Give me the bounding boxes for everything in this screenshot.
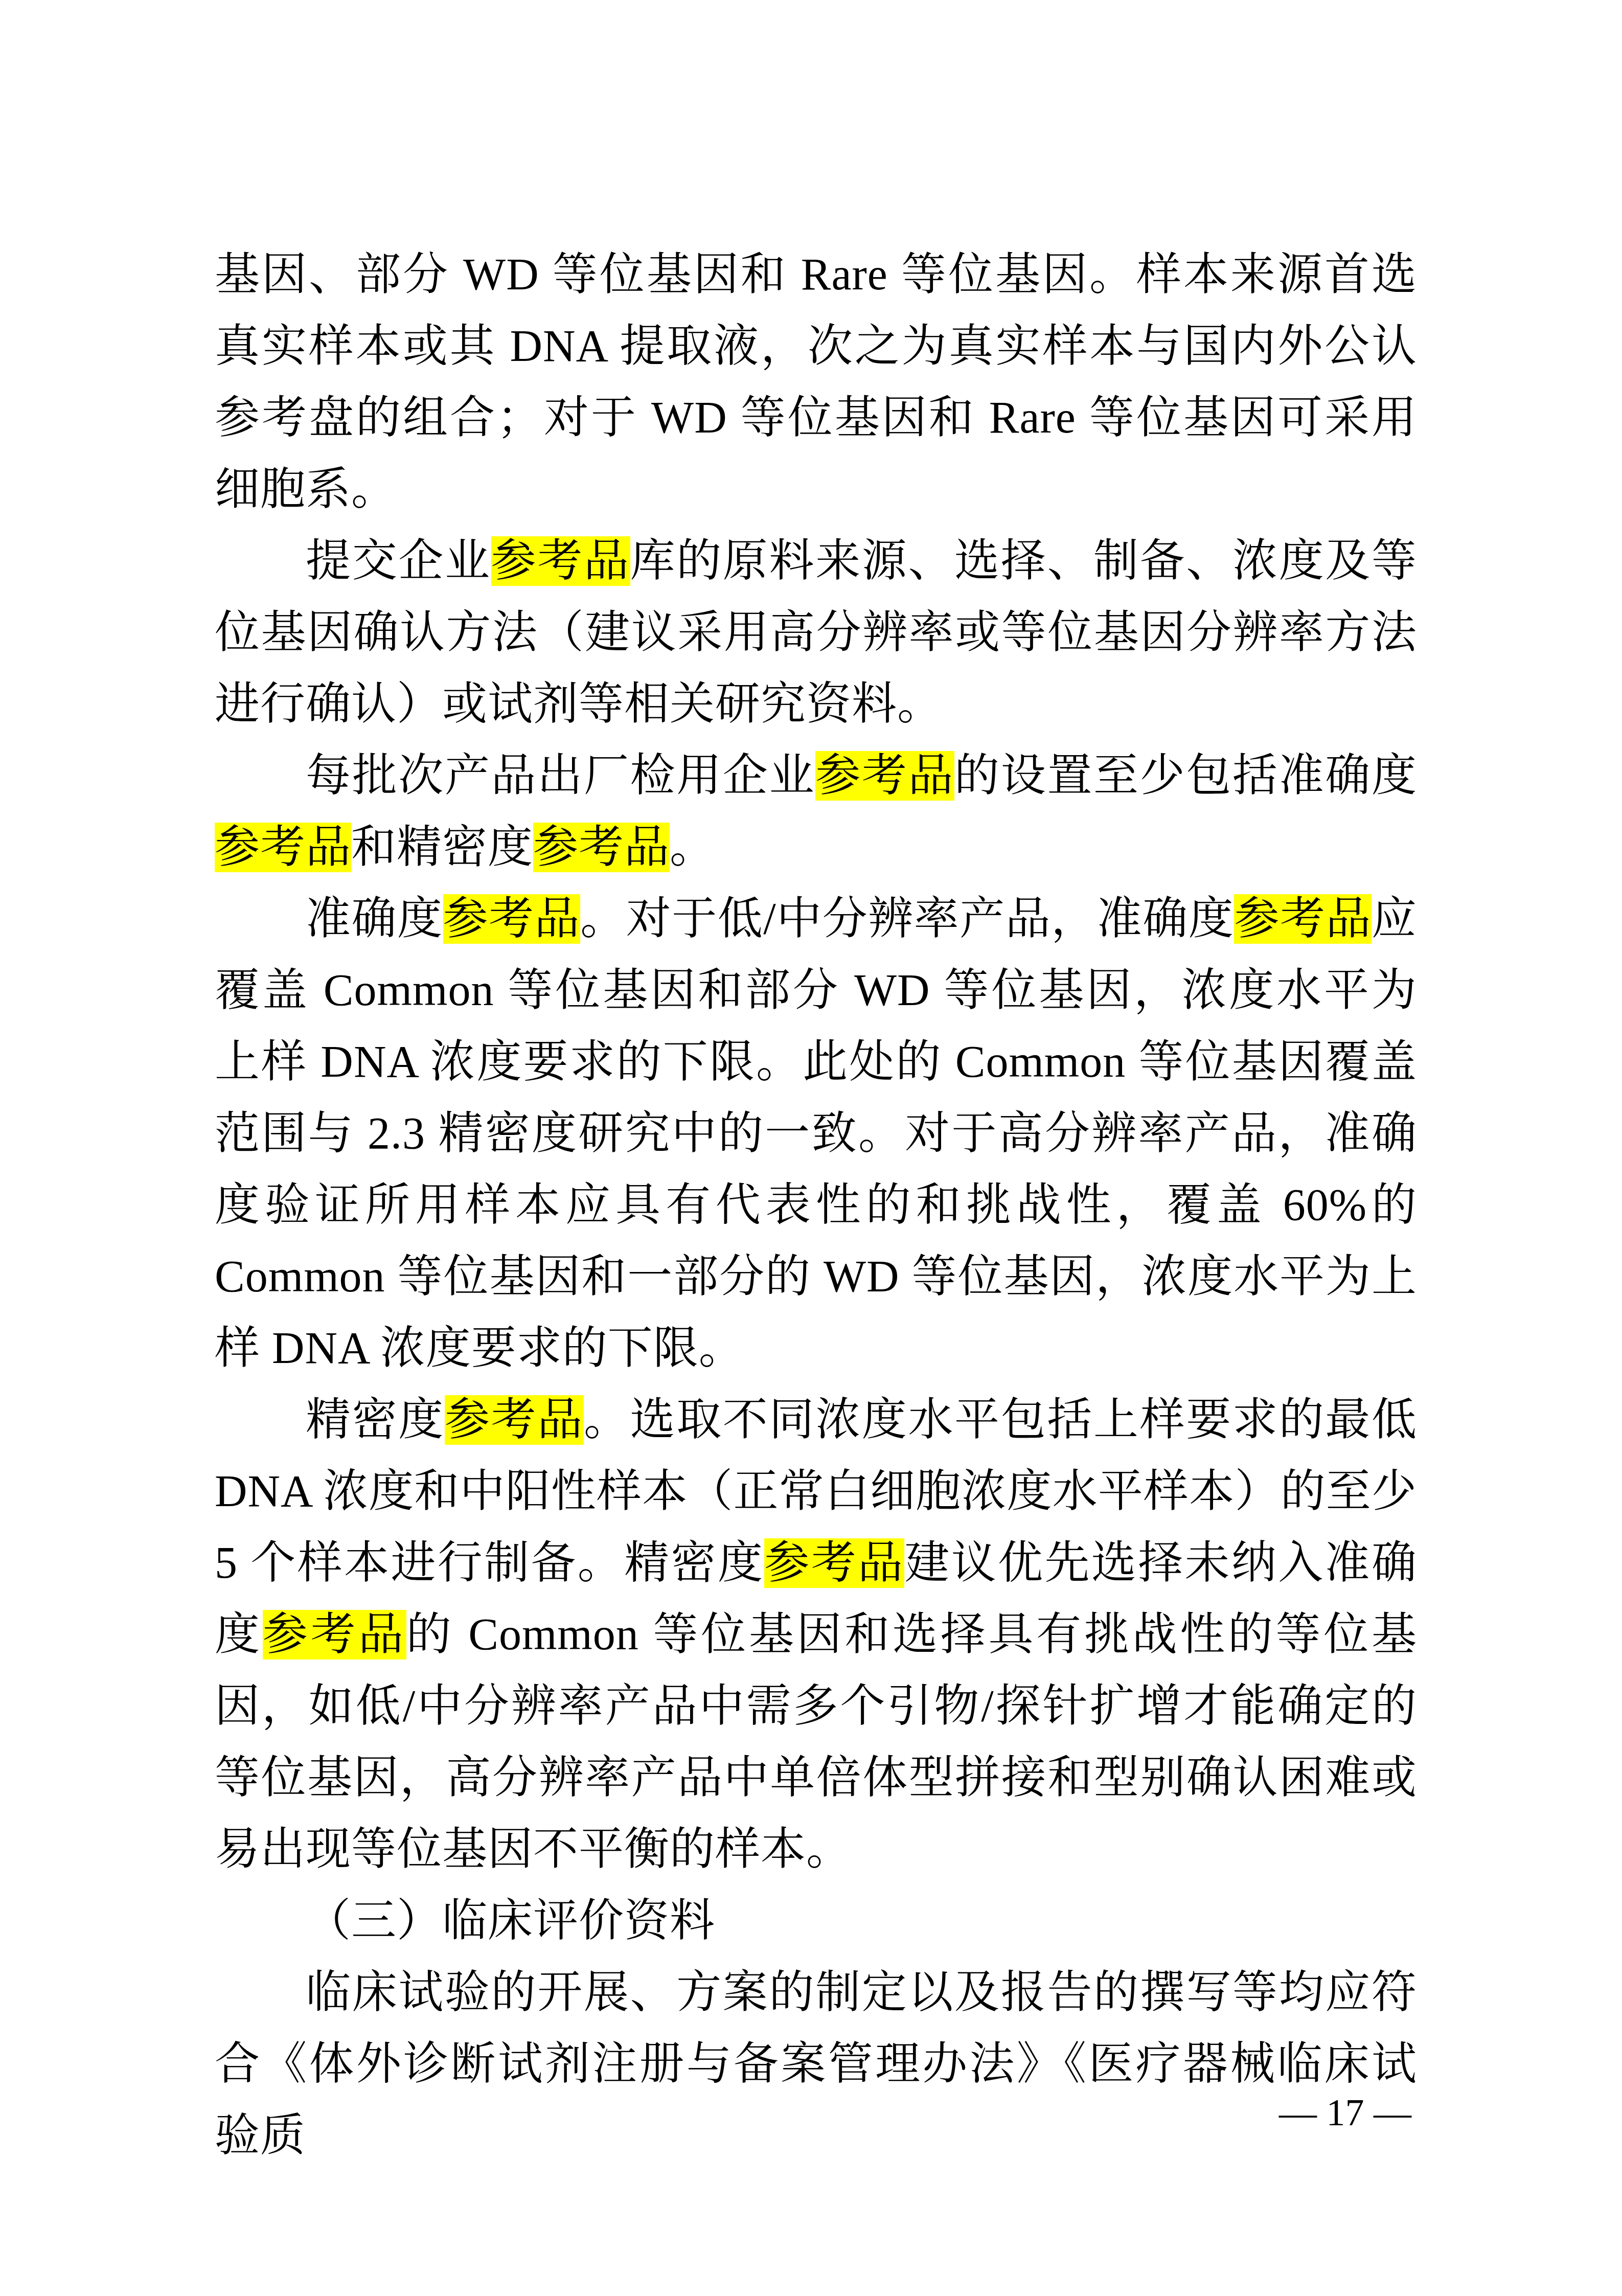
- text-run: 临床试验的开展、方案的制定以及报告的撰写等均应符合《体外诊断试剂注册与备案管理办…: [215, 1968, 1417, 2161]
- highlighted-term: 参考品: [815, 751, 954, 801]
- text-run: 每批次产品出厂检用企业: [306, 751, 815, 801]
- highlighted-term: 参考品: [215, 823, 351, 872]
- text-run: 。: [670, 823, 715, 872]
- text-run: 应覆盖 Common 等位基因和部分 WD 等位基因，浓度水平为上样 DNA 浓…: [215, 894, 1417, 1373]
- paragraph: 临床试验的开展、方案的制定以及报告的撰写等均应符合《体外诊断试剂注册与备案管理办…: [215, 1957, 1417, 2172]
- paragraph: 提交企业参考品库的原料来源、选择、制备、浓度及等位基因确认方法（建议采用高分辨率…: [215, 526, 1417, 740]
- text-run: 准确度: [306, 894, 443, 944]
- paragraph: 精密度参考品。选取不同浓度水平包括上样要求的最低 DNA 浓度和中阳性样本（正常…: [215, 1384, 1417, 1885]
- text-run: 的设置至少包括准确度: [954, 751, 1417, 801]
- highlighted-term: 参考品: [445, 1395, 584, 1445]
- paragraph: 每批次产品出厂检用企业参考品的设置至少包括准确度参考品和精密度参考品。: [215, 740, 1417, 883]
- highlighted-term: 参考品: [491, 536, 630, 586]
- text-run: （三）临床评价资料: [306, 1896, 715, 1946]
- highlighted-term: 参考品: [263, 1610, 406, 1660]
- highlighted-term: 参考品: [764, 1538, 904, 1588]
- text-run: 和精密度: [351, 823, 533, 872]
- paragraph: 准确度参考品。对于低/中分辨率产品，准确度参考品应覆盖 Common 等位基因和…: [215, 883, 1417, 1384]
- page-number: — 17 —: [1279, 2090, 1411, 2136]
- document-body: 基因、部分 WD 等位基因和 Rare 等位基因。样本来源首选真实样本或其 DN…: [215, 239, 1417, 2172]
- paragraph: （三）临床评价资料: [215, 1885, 1417, 1957]
- highlighted-term: 参考品: [443, 894, 581, 944]
- highlighted-term: 参考品: [533, 823, 670, 872]
- paragraph: 基因、部分 WD 等位基因和 Rare 等位基因。样本来源首选真实样本或其 DN…: [215, 239, 1417, 526]
- text-run: 基因、部分 WD 等位基因和 Rare 等位基因。样本来源首选真实样本或其 DN…: [215, 250, 1417, 514]
- highlighted-term: 参考品: [1234, 894, 1372, 944]
- text-run: 提交企业: [306, 536, 491, 586]
- document-page: 基因、部分 WD 等位基因和 Rare 等位基因。样本来源首选真实样本或其 DN…: [0, 0, 1622, 2296]
- text-run: 精密度: [306, 1395, 445, 1445]
- text-run: 。对于低/中分辨率产品，准确度: [580, 894, 1234, 944]
